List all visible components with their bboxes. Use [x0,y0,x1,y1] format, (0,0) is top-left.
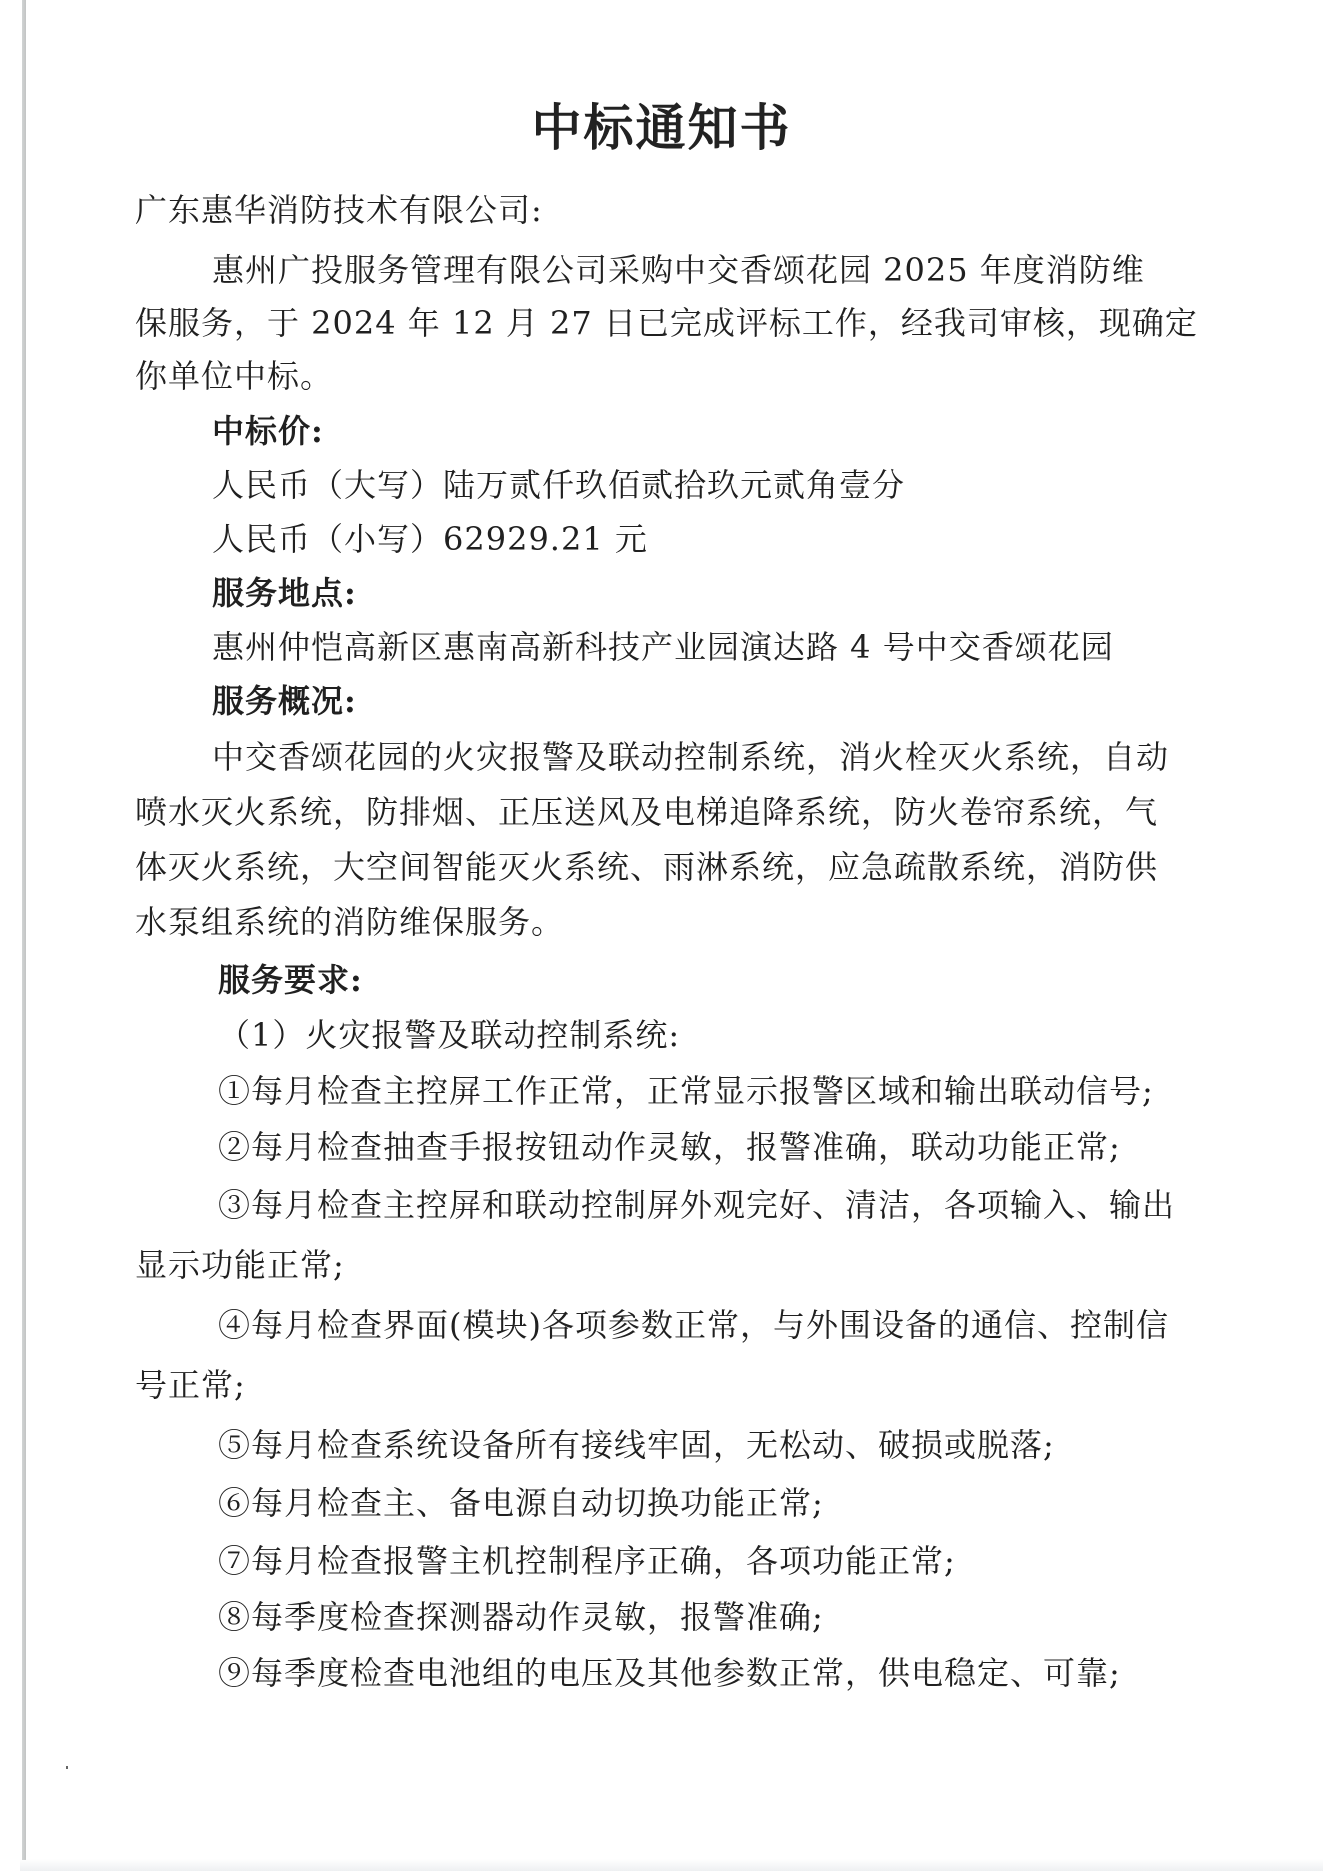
document-title: 中标通知书 [0,88,1323,160]
bid-price-uppercase: 人民币（大写）陆万贰仟玖佰贰拾玖元贰角壹分 [212,465,905,505]
scan-edge-left [22,0,26,1860]
bid-price-lowercase: 人民币（小写）62929.21 元 [212,519,648,559]
intro-line-1: 惠州广投服务管理有限公司采购中交香颂花园 2025 年度消防维 [212,250,1145,290]
section-1-title: （1）火灾报警及联动控制系统: [218,1015,680,1055]
service-overview-line-1: 中交香颂花园的火灾报警及联动控制系统，消火栓灭火系统，自动 [212,737,1169,777]
requirement-item-1: ①每月检查主控屏工作正常，正常显示报警区域和输出联动信号; [218,1071,1154,1111]
requirement-item-4-continued: 号正常; [135,1365,246,1405]
service-overview-line-3: 体灭火系统，大空间智能灭火系统、雨淋系统，应急疏散系统，消防供 [135,847,1158,887]
scan-speck [66,1766,68,1769]
service-overview-line-4: 水泵组系统的消防维保服务。 [135,902,564,942]
requirement-item-4: ④每月检查界面(模块)各项参数正常，与外围设备的通信、控制信 [218,1305,1169,1345]
service-overview-line-2: 喷水灭火系统，防排烟、正压送风及电梯追降系统，防火卷帘系统，气 [135,792,1158,832]
intro-line-3: 你单位中标。 [135,356,333,396]
requirement-item-3-continued: 显示功能正常; [135,1245,345,1285]
requirement-item-7: ⑦每月检查报警主机控制程序正确，各项功能正常; [218,1541,956,1581]
bid-price-heading: 中标价: [212,411,324,451]
requirement-item-5: ⑤每月检查系统设备所有接线牢固，无松动、破损或脱落; [218,1425,1055,1465]
scan-edge-bottom [20,1859,1323,1871]
requirement-item-9: ⑨每季度检查电池组的电压及其他参数正常，供电稳定、可靠; [218,1653,1121,1693]
addressee: 广东惠华消防技术有限公司: [135,190,543,230]
intro-line-2: 保服务，于 2024 年 12 月 27 日已完成评标工作，经我司审核，现确定 [135,303,1198,343]
requirement-item-2: ②每月检查抽查手报按钮动作灵敏，报警准确，联动功能正常; [218,1127,1121,1167]
requirement-item-3: ③每月检查主控屏和联动控制屏外观完好、清洁，各项输入、输出 [218,1185,1175,1225]
requirement-item-6: ⑥每月检查主、备电源自动切换功能正常; [218,1483,824,1523]
scanned-document-page: 中标通知书 广东惠华消防技术有限公司: 惠州广投服务管理有限公司采购中交香颂花园… [0,0,1323,1871]
service-location-heading: 服务地点: [212,573,357,613]
service-location-address: 惠州仲恺高新区惠南高新科技产业园演达路 4 号中交香颂花园 [212,627,1114,667]
service-overview-heading: 服务概况: [212,681,357,721]
requirement-item-8: ⑧每季度检查探测器动作灵敏，报警准确; [218,1597,824,1637]
service-requirements-heading: 服务要求: [218,960,363,1000]
